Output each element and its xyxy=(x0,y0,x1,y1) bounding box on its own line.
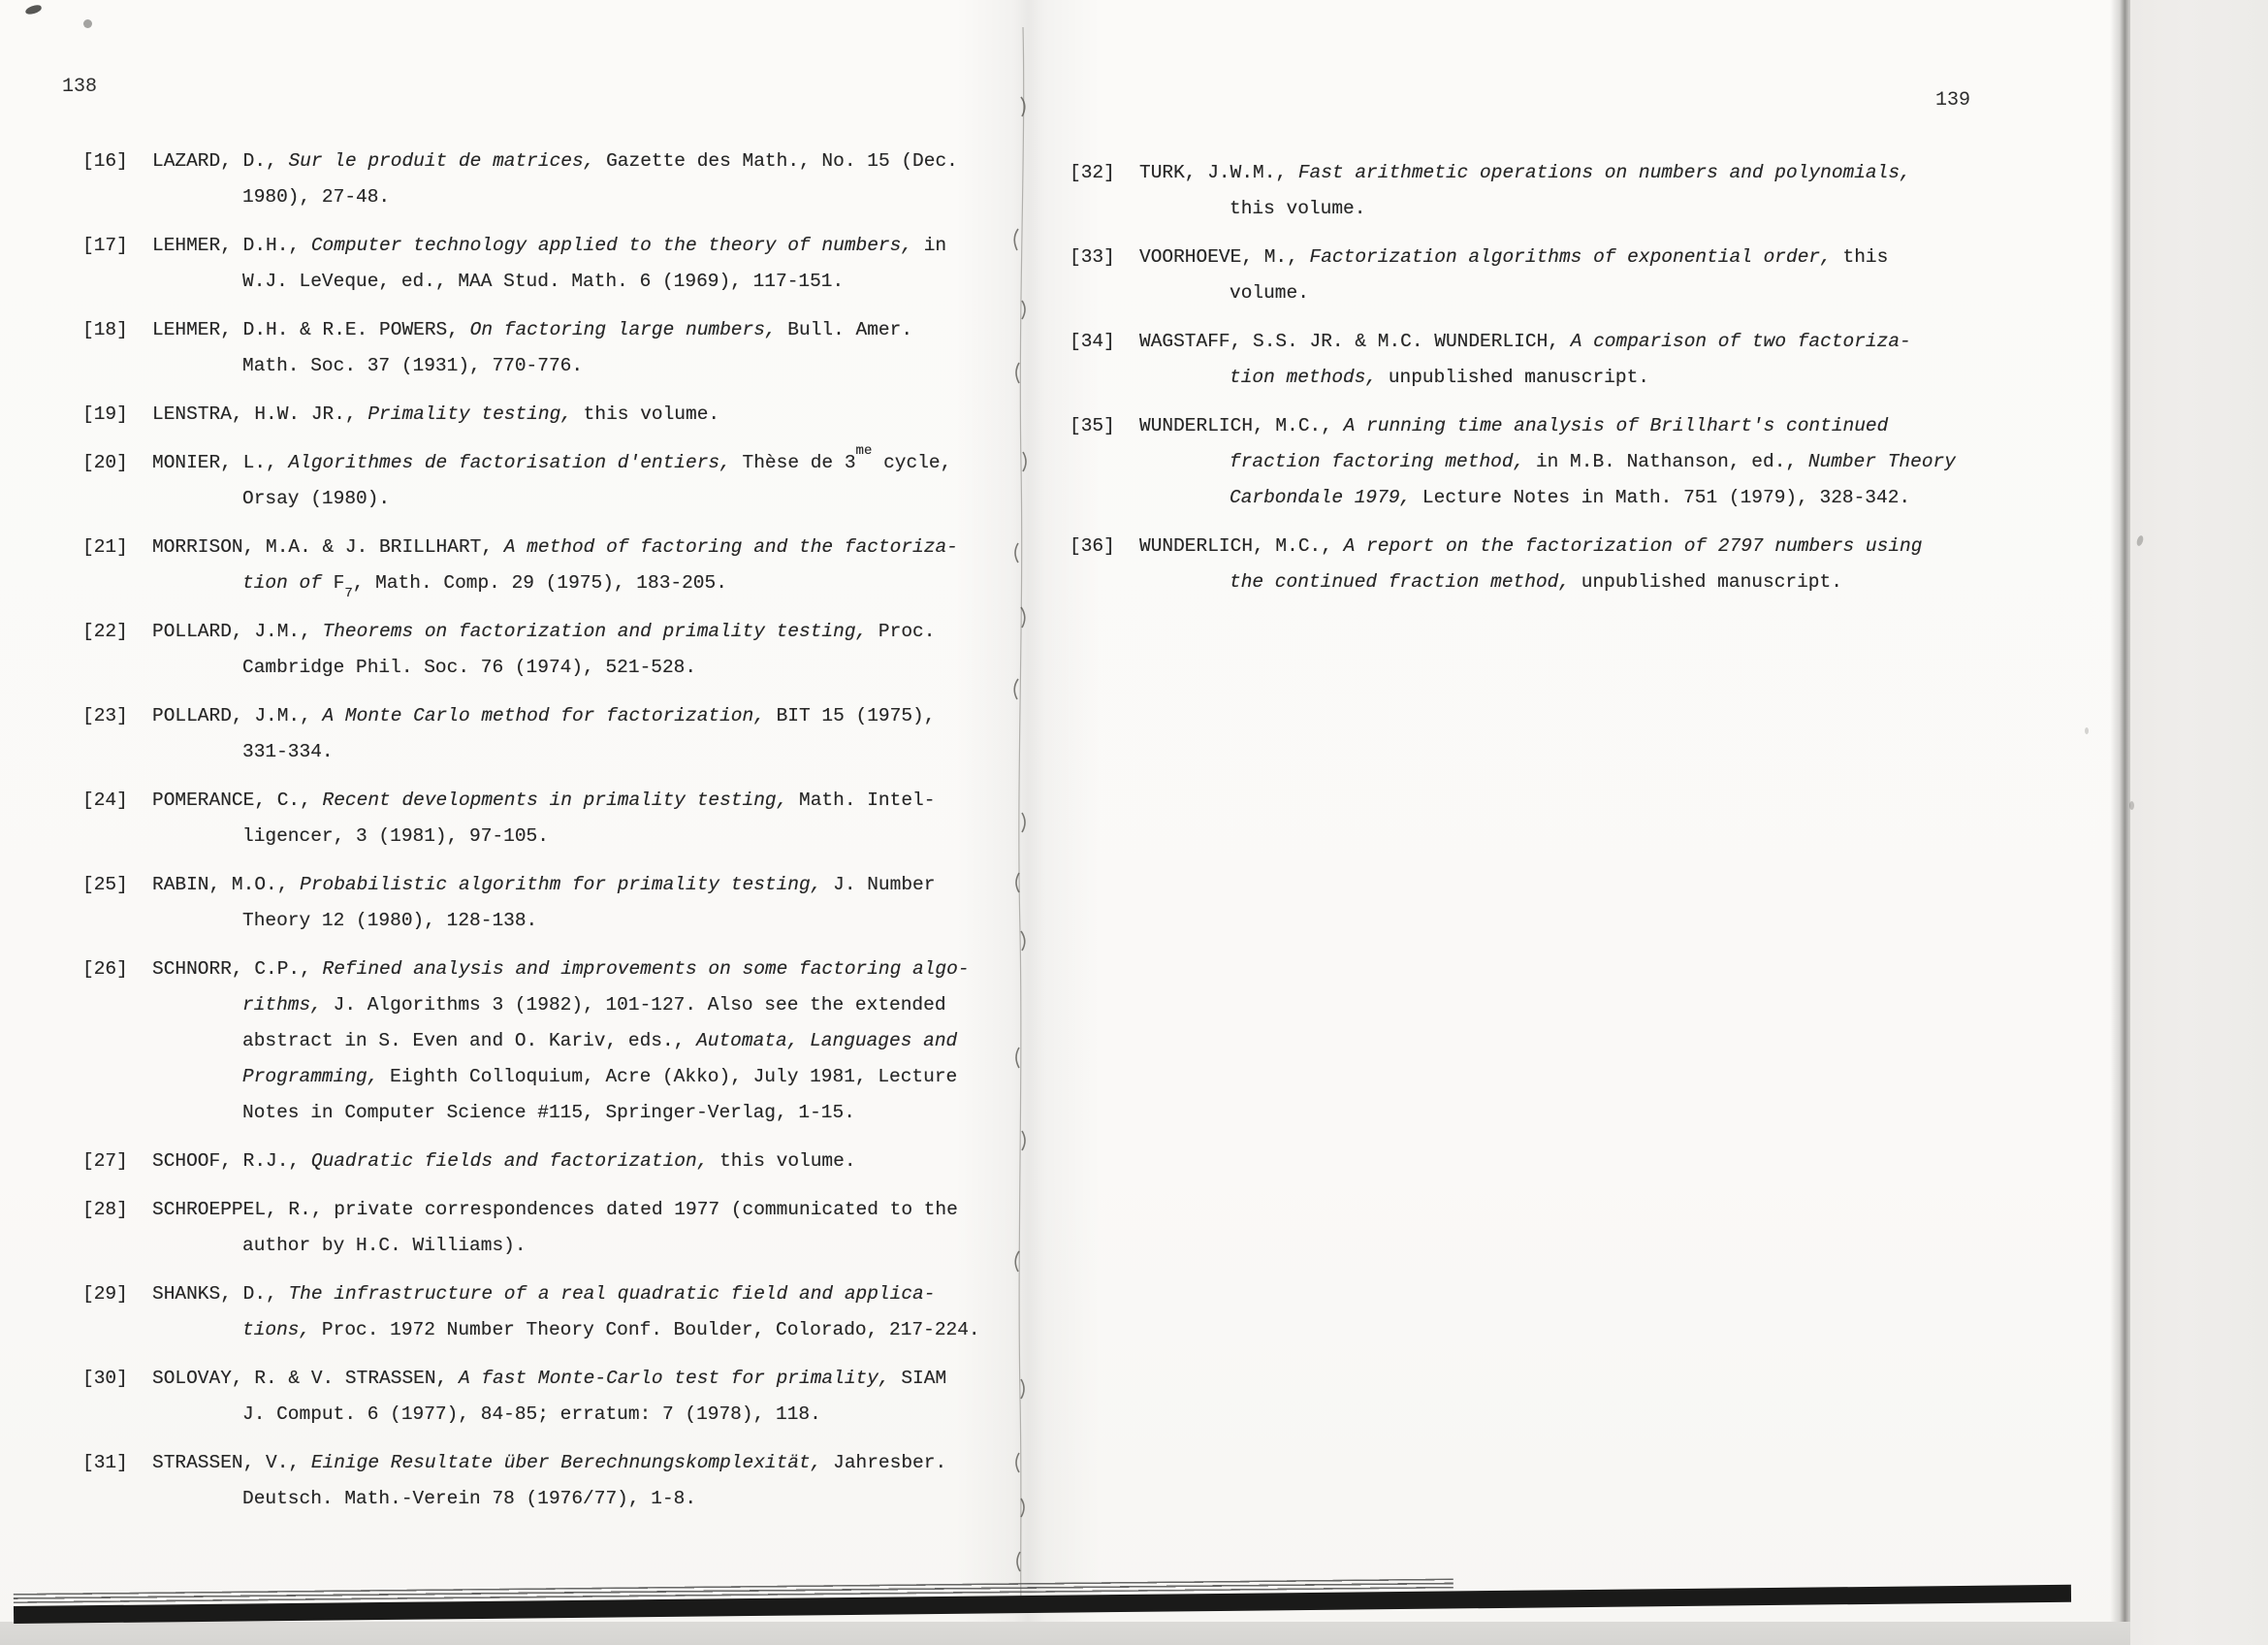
reference-text-segment: RABIN, M.O., xyxy=(152,874,300,895)
reference-label: [19] xyxy=(82,397,152,433)
reference-entry-17: [17]LEHMER, D.H., Computer technology ap… xyxy=(82,228,1013,300)
reference-label: [28] xyxy=(82,1192,152,1228)
reference-text-segment: POLLARD, J.M., xyxy=(152,621,323,642)
reference-line: [32]TURK, J.W.M., Fast arithmetic operat… xyxy=(1070,155,2000,191)
reference-line: ligencer, 3 (1981), 97-105. xyxy=(82,819,1013,855)
reference-line: [24]POMERANCE, C., Recent developments i… xyxy=(82,783,1013,819)
reference-line: author by H.C. Williams). xyxy=(82,1228,1013,1264)
reference-line: tion of F7, Math. Comp. 29 (1975), 183-2… xyxy=(82,565,1013,601)
reference-label: [35] xyxy=(1070,408,1139,444)
reference-entry-18: [18]LEHMER, D.H. & R.E. POWERS, On facto… xyxy=(82,312,1013,384)
page-number-left: 138 xyxy=(62,76,97,98)
reference-line: [17]LEHMER, D.H., Computer technology ap… xyxy=(82,228,1013,264)
reference-line: [34]WAGSTAFF, S.S. JR. & M.C. WUNDERLICH… xyxy=(1070,324,2000,360)
reference-text-segment: A running time analysis of Brillhart's c… xyxy=(1344,415,1889,436)
reference-text-segment: Fast arithmetic operations on numbers an… xyxy=(1298,162,1911,183)
reference-label: [20] xyxy=(82,445,152,481)
reference-text-segment: in xyxy=(912,235,946,256)
reference-line: [27]SCHOOF, R.J., Quadratic fields and f… xyxy=(82,1144,1013,1179)
reference-line: [22]POLLARD, J.M., Theorems on factoriza… xyxy=(82,614,1013,650)
reference-text-segment: Proc. xyxy=(867,621,935,642)
reference-text-segment: Orsay (1980). xyxy=(242,488,390,509)
reference-line: [26]SCHNORR, C.P., Refined analysis and … xyxy=(82,952,1013,987)
reference-text-segment: A fast Monte-Carlo test for primality, xyxy=(459,1368,890,1389)
reference-text-segment: POMERANCE, C., xyxy=(152,790,323,811)
references-list-left-page: [16]LAZARD, D., Sur le produit de matric… xyxy=(82,144,1013,1530)
reference-entry-31: [31]STRASSEN, V., Einige Resultate über … xyxy=(82,1445,1013,1517)
reference-label: [18] xyxy=(82,312,152,348)
reference-line: [16]LAZARD, D., Sur le produit de matric… xyxy=(82,144,1013,179)
reference-entry-19: [19]LENSTRA, H.W. JR., Primality testing… xyxy=(82,397,1013,433)
reference-text-segment: SHANKS, D., xyxy=(152,1283,288,1305)
reference-entry-26: [26]SCHNORR, C.P., Refined analysis and … xyxy=(82,952,1013,1131)
reference-text-segment: W.J. LeVeque, ed., MAA Stud. Math. 6 (19… xyxy=(242,271,844,292)
reference-line: Math. Soc. 37 (1931), 770-776. xyxy=(82,348,1013,384)
reference-text-segment: J. Comput. 6 (1977), 84-85; erratum: 7 (… xyxy=(242,1403,821,1425)
reference-text-segment: Algorithmes de factorisation d'entiers, xyxy=(288,452,730,473)
reference-text-segment: cycle, xyxy=(872,452,951,473)
reference-label: [22] xyxy=(82,614,152,650)
reference-text-segment: tion of xyxy=(242,572,334,594)
reference-text-segment: author by H.C. Williams). xyxy=(242,1235,527,1256)
reference-entry-23: [23]POLLARD, J.M., A Monte Carlo method … xyxy=(82,698,1013,770)
scan-speck xyxy=(83,19,92,28)
reference-entry-29: [29]SHANKS, D., The infrastructure of a … xyxy=(82,1276,1013,1348)
reference-line: 331-334. xyxy=(82,734,1013,770)
reference-entry-24: [24]POMERANCE, C., Recent developments i… xyxy=(82,783,1013,855)
reference-text-segment: LEHMER, D.H. & R.E. POWERS, xyxy=(152,319,470,340)
reference-text-segment: volume. xyxy=(1230,282,1309,304)
reference-text-segment: Proc. 1972 Number Theory Conf. Boulder, … xyxy=(310,1319,979,1340)
reference-label: [25] xyxy=(82,867,152,903)
reference-text-segment: Programming, xyxy=(242,1066,378,1087)
reference-text-segment: LEHMER, D.H., xyxy=(152,235,311,256)
reference-entry-36: [36]WUNDERLICH, M.C., A report on the fa… xyxy=(1070,529,2000,600)
reference-entry-32: [32]TURK, J.W.M., Fast arithmetic operat… xyxy=(1070,155,2000,227)
scan-bed-strip xyxy=(0,1622,2132,1645)
reference-line: [20]MONIER, L., Algorithmes de factorisa… xyxy=(82,445,1013,481)
reference-line: rithms, J. Algorithms 3 (1982), 101-127.… xyxy=(82,987,1013,1023)
reference-label: [27] xyxy=(82,1144,152,1179)
reference-text-segment: BIT 15 (1975), xyxy=(765,705,936,726)
reference-text-segment: Math. Intel- xyxy=(787,790,935,811)
reference-label: [21] xyxy=(82,530,152,565)
reference-label: [33] xyxy=(1070,240,1139,275)
reference-label: [34] xyxy=(1070,324,1139,360)
reference-text-segment: Notes in Computer Science #115, Springer… xyxy=(242,1102,855,1123)
reference-line: [30]SOLOVAY, R. & V. STRASSEN, A fast Mo… xyxy=(82,1361,1013,1397)
reference-text-segment: Primality testing, xyxy=(367,403,572,425)
reference-line: [25]RABIN, M.O., Probabilistic algorithm… xyxy=(82,867,1013,903)
reference-text-segment: Lecture Notes in Math. 751 (1979), 328-3… xyxy=(1411,487,1910,508)
reference-text-segment: SCHROEPPEL, R., private correspondences … xyxy=(152,1199,958,1220)
reference-line: Notes in Computer Science #115, Springer… xyxy=(82,1095,1013,1131)
reference-text-segment: Refined analysis and improvements on som… xyxy=(323,958,970,980)
reference-entry-34: [34]WAGSTAFF, S.S. JR. & M.C. WUNDERLICH… xyxy=(1070,324,2000,396)
scan-speck xyxy=(2085,727,2089,734)
reference-entry-27: [27]SCHOOF, R.J., Quadratic fields and f… xyxy=(82,1144,1013,1179)
reference-text-segment: in M.B. Nathanson, ed., xyxy=(1524,451,1808,472)
reference-text-segment: MONIER, L., xyxy=(152,452,288,473)
reference-label: [23] xyxy=(82,698,152,734)
reference-label: [30] xyxy=(82,1361,152,1397)
reference-text-segment: abstract in S. Even and O. Kariv, eds., xyxy=(242,1030,696,1051)
reference-text-segment: Einige Resultate über Berechnungskomplex… xyxy=(311,1452,822,1473)
reference-text-segment: Cambridge Phil. Soc. 76 (1974), 521-528. xyxy=(242,657,696,678)
reference-text-segment: Gazette des Math., No. 15 (Dec. xyxy=(594,150,957,172)
reference-line: [33]VOORHOEVE, M., Factorization algorit… xyxy=(1070,240,2000,275)
reference-text-segment: WAGSTAFF, S.S. JR. & M.C. WUNDERLICH, xyxy=(1139,331,1571,352)
reference-text-segment: this volume. xyxy=(1230,198,1365,219)
reference-line: Cambridge Phil. Soc. 76 (1974), 521-528. xyxy=(82,650,1013,686)
reference-text-segment: Probabilistic algorithm for primality te… xyxy=(300,874,821,895)
reference-text-segment: STRASSEN, V., xyxy=(152,1452,311,1473)
reference-text-segment: MORRISON, M.A. & J. BRILLHART, xyxy=(152,536,504,558)
reference-text-segment: Computer technology applied to the theor… xyxy=(311,235,912,256)
reference-line: Orsay (1980). xyxy=(82,481,1013,517)
reference-text-segment: , Math. Comp. 29 (1975), 183-205. xyxy=(353,572,727,594)
reference-text-segment: Carbondale 1979, xyxy=(1230,487,1411,508)
reference-label: [36] xyxy=(1070,529,1139,564)
reference-entry-33: [33]VOORHOEVE, M., Factorization algorit… xyxy=(1070,240,2000,311)
reference-text-segment: SCHNORR, C.P., xyxy=(152,958,323,980)
reference-text-segment: tions, xyxy=(242,1319,310,1340)
reference-text-segment: fraction factoring method, xyxy=(1230,451,1524,472)
reference-entry-22: [22]POLLARD, J.M., Theorems on factoriza… xyxy=(82,614,1013,686)
reference-text-segment: 331-334. xyxy=(242,741,334,762)
reference-line: tion methods, unpublished manuscript. xyxy=(1070,360,2000,396)
reference-text-segment: 1980), 27-48. xyxy=(242,186,390,208)
reference-line: abstract in S. Even and O. Kariv, eds., … xyxy=(82,1023,1013,1059)
binding-fold-marks xyxy=(991,0,1059,1645)
reference-line: [18]LEHMER, D.H. & R.E. POWERS, On facto… xyxy=(82,312,1013,348)
reference-text-segment: A comparison of two factoriza- xyxy=(1571,331,1911,352)
page-edge-shadow xyxy=(2110,0,2131,1645)
reference-text-segment: WUNDERLICH, M.C., xyxy=(1139,415,1344,436)
reference-entry-28: [28]SCHROEPPEL, R., private corresponden… xyxy=(82,1192,1013,1264)
reference-label: [26] xyxy=(82,952,152,987)
reference-text-segment: tion methods, xyxy=(1230,367,1377,388)
reference-text-segment: ligencer, 3 (1981), 97-105. xyxy=(242,825,549,847)
reference-text-segment: this xyxy=(1832,246,1889,268)
reference-line: Deutsch. Math.-Verein 78 (1976/77), 1-8. xyxy=(82,1481,1013,1517)
reference-entry-21: [21]MORRISON, M.A. & J. BRILLHART, A met… xyxy=(82,530,1013,601)
reference-text-segment: Sur le produit de matrices, xyxy=(288,150,594,172)
reference-text-segment: TURK, J.W.M., xyxy=(1139,162,1298,183)
reference-label: [24] xyxy=(82,783,152,819)
reference-text-segment: A method of factoring and the factoriza- xyxy=(504,536,958,558)
reference-text-segment: unpublished manuscript. xyxy=(1377,367,1649,388)
reference-text-segment: SOLOVAY, R. & V. STRASSEN, xyxy=(152,1368,459,1389)
reference-text-segment: rithms, xyxy=(242,994,322,1016)
reference-text-segment: On factoring large numbers, xyxy=(470,319,777,340)
reference-text-segment: The infrastructure of a real quadratic f… xyxy=(288,1283,935,1305)
reference-text-segment: me xyxy=(856,443,873,459)
reference-text-segment: Automata, Languages and xyxy=(696,1030,957,1051)
reference-text-segment: F xyxy=(334,572,345,594)
reference-text-segment: Eighth Colloquium, Acre (Akko), July 198… xyxy=(378,1066,957,1087)
reference-text-segment: SIAM xyxy=(890,1368,947,1389)
reference-entry-16: [16]LAZARD, D., Sur le produit de matric… xyxy=(82,144,1013,215)
reference-text-segment: Theorems on factorization and primality … xyxy=(323,621,868,642)
reference-line: [23]POLLARD, J.M., A Monte Carlo method … xyxy=(82,698,1013,734)
reference-line: Carbondale 1979, Lecture Notes in Math. … xyxy=(1070,480,2000,516)
reference-line: 1980), 27-48. xyxy=(82,179,1013,215)
reference-text-segment: Quadratic fields and factorization, xyxy=(311,1150,709,1172)
reference-line: fraction factoring method, in M.B. Natha… xyxy=(1070,444,2000,480)
reference-text-segment: Bull. Amer. xyxy=(777,319,912,340)
reference-text-segment: this volume. xyxy=(708,1150,855,1172)
reference-line: [29]SHANKS, D., The infrastructure of a … xyxy=(82,1276,1013,1312)
reference-line: this volume. xyxy=(1070,191,2000,227)
reference-text-segment: 7 xyxy=(344,586,352,601)
reference-line: [28]SCHROEPPEL, R., private corresponden… xyxy=(82,1192,1013,1228)
scan-background xyxy=(2130,0,2268,1645)
reference-label: [29] xyxy=(82,1276,152,1312)
reference-line: the continued fraction method, unpublish… xyxy=(1070,564,2000,600)
reference-text-segment: the continued fraction method, xyxy=(1230,571,1570,593)
reference-entry-30: [30]SOLOVAY, R. & V. STRASSEN, A fast Mo… xyxy=(82,1361,1013,1433)
reference-text-segment: Deutsch. Math.-Verein 78 (1976/77), 1-8. xyxy=(242,1488,696,1509)
reference-entry-35: [35]WUNDERLICH, M.C., A running time ana… xyxy=(1070,408,2000,516)
reference-line: [31]STRASSEN, V., Einige Resultate über … xyxy=(82,1445,1013,1481)
reference-line: J. Comput. 6 (1977), 84-85; erratum: 7 (… xyxy=(82,1397,1013,1433)
reference-entry-25: [25]RABIN, M.O., Probabilistic algorithm… xyxy=(82,867,1013,939)
reference-text-segment: LENSTRA, H.W. JR., xyxy=(152,403,367,425)
reference-text-segment: Theory 12 (1980), 128-138. xyxy=(242,910,537,931)
reference-text-segment: Jahresber. xyxy=(821,1452,946,1473)
reference-line: [21]MORRISON, M.A. & J. BRILLHART, A met… xyxy=(82,530,1013,565)
reference-text-segment: Thèse de 3 xyxy=(731,452,856,473)
reference-label: [32] xyxy=(1070,155,1139,191)
reference-text-segment: unpublished manuscript. xyxy=(1570,571,1842,593)
reference-label: [31] xyxy=(82,1445,152,1481)
reference-text-segment: Number Theory xyxy=(1808,451,1956,472)
reference-text-segment: Recent developments in primality testing… xyxy=(323,790,788,811)
reference-text-segment: POLLARD, J.M., xyxy=(152,705,323,726)
scanned-book-spread: { "pages": { "left": { "page_number": "1… xyxy=(0,0,2268,1645)
reference-line: [19]LENSTRA, H.W. JR., Primality testing… xyxy=(82,397,1013,433)
reference-text-segment: Math. Soc. 37 (1931), 770-776. xyxy=(242,355,583,376)
reference-text-segment: J. Algorithms 3 (1982), 101-127. Also se… xyxy=(322,994,946,1016)
references-list-right-page: [32]TURK, J.W.M., Fast arithmetic operat… xyxy=(1070,155,2000,613)
reference-line: volume. xyxy=(1070,275,2000,311)
reference-text-segment: SCHOOF, R.J., xyxy=(152,1150,311,1172)
scan-speck xyxy=(2129,801,2134,810)
reference-text-segment: this volume. xyxy=(572,403,719,425)
reference-line: tions, Proc. 1972 Number Theory Conf. Bo… xyxy=(82,1312,1013,1348)
reference-text-segment: WUNDERLICH, M.C., xyxy=(1139,535,1344,557)
reference-line: Programming, Eighth Colloquium, Acre (Ak… xyxy=(82,1059,1013,1095)
reference-line: [35]WUNDERLICH, M.C., A running time ana… xyxy=(1070,408,2000,444)
reference-label: [16] xyxy=(82,144,152,179)
reference-line: [36]WUNDERLICH, M.C., A report on the fa… xyxy=(1070,529,2000,564)
reference-line: Theory 12 (1980), 128-138. xyxy=(82,903,1013,939)
reference-text-segment: A Monte Carlo method for factorization, xyxy=(323,705,765,726)
reference-label: [17] xyxy=(82,228,152,264)
reference-text-segment: VOORHOEVE, M., xyxy=(1139,246,1310,268)
reference-text-segment: J. Number xyxy=(821,874,935,895)
reference-line: W.J. LeVeque, ed., MAA Stud. Math. 6 (19… xyxy=(82,264,1013,300)
reference-text-segment: Factorization algorithms of exponential … xyxy=(1310,246,1832,268)
reference-text-segment: LAZARD, D., xyxy=(152,150,288,172)
reference-entry-20: [20]MONIER, L., Algorithmes de factorisa… xyxy=(82,445,1013,517)
reference-text-segment: A report on the factorization of 2797 nu… xyxy=(1344,535,1923,557)
page-number-right: 139 xyxy=(1935,89,1970,112)
